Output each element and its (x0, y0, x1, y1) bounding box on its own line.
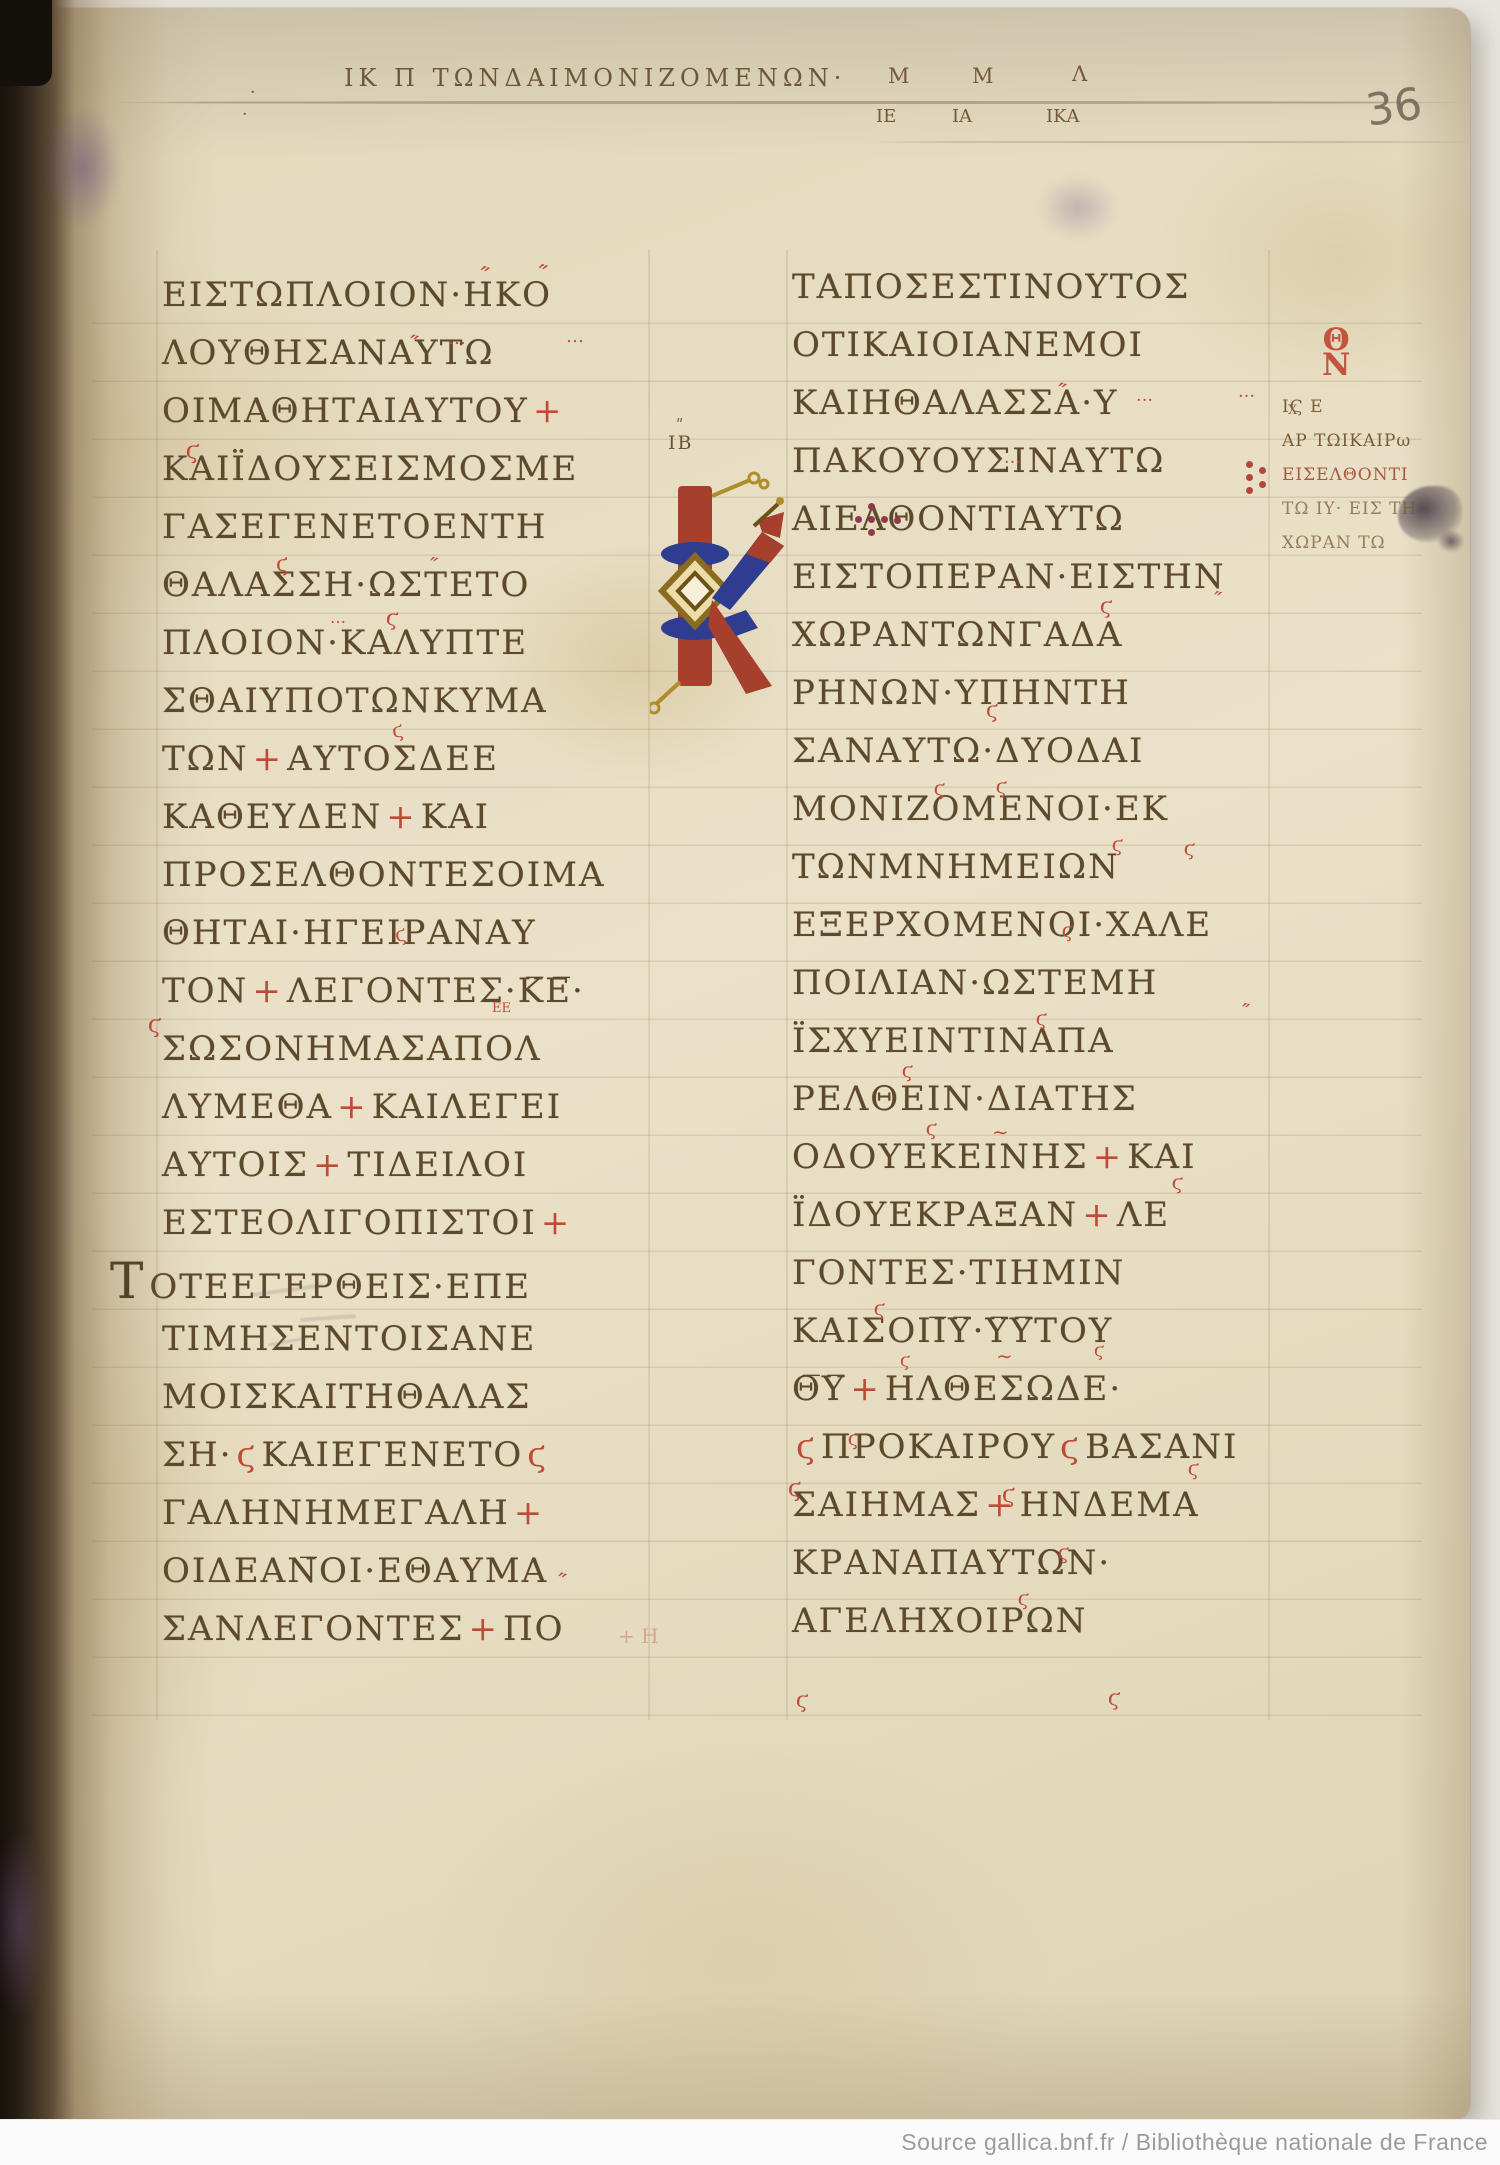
page-top-edge-secondary (866, 141, 1480, 143)
manuscript-line: ΠΛΟΙΟΝ·ΚΑΛΥΠΤΕ (162, 614, 672, 672)
text-segment: ΜΟΝΙΖΟΜΕΝΟΙ·ΕΚ (792, 789, 1169, 829)
rubric-cross: + (510, 1493, 549, 1533)
rubric-cross: ϛ (523, 1435, 552, 1475)
manuscript-line: Θ̅Υ̅+ΗΛΘΕΣΩΔΕ· (792, 1360, 1292, 1418)
margin-monogram: Θ Ν (1322, 328, 1350, 379)
text-segment: ΑΙΕΛΘΟΝΤΙΑΥΤΩ (792, 499, 1125, 539)
text-segment: ΠΟΙΛΙΑΝ·ΩΣΤΕΜΗ (792, 963, 1158, 1003)
manuscript-line: ΠΟΙΛΙΑΝ·ΩΣΤΕΜΗ (792, 954, 1292, 1012)
manuscript-line: ΓΑΛΗΝΗΜΕΓΑΛΗ+ (162, 1484, 672, 1542)
canon-mark: ΙΚΑ (1046, 106, 1080, 127)
manuscript-line: ΡΕΛΘΕΙΝ·ΔΙΑΤΗΣ (792, 1070, 1292, 1128)
text-segment: Τ (110, 1252, 145, 1310)
book-binding (0, 0, 170, 2120)
manuscript-line: ΚΑΙΪΔΟΥΣΕΙΣΜΟΣΜΕ (162, 440, 672, 498)
text-segment: ΤΙΔΕΙΛΟΙ (348, 1145, 529, 1185)
text-segment: ΤΩΝ (162, 739, 249, 779)
manuscript-line: ΣΗ·ϛΚΑΙΕΓΕΝΕΤΟϛ (162, 1426, 672, 1484)
binding-corner (0, 0, 52, 86)
text-segment: ΑΓΕΛΗΧΟΙΡΩΝ (792, 1601, 1088, 1641)
margin-note-line: ΤΩ ΙΥ· ΕΙΣ ΤΗ (1282, 492, 1462, 526)
manuscript-line: ΣΑΝΛΕΓΟΝΤΕΣ+ΠΟ (162, 1600, 672, 1658)
text-segment: ΤΑΠΟΣΕΣΤΙΝΟΥΤΟΣ (792, 267, 1190, 307)
margin-note-line: ΧΩΡΑΝ ΤΩ (1282, 526, 1462, 560)
text-segment: ΚΑΙΛΕΓΕΙ (372, 1087, 563, 1127)
text-segment: ΕΙΣΤΩΠΛΟΙΟΝ·ΗΚΟ (162, 275, 552, 315)
text-segment: ΣΩΣΟΝΗΜΑΣΑΠΟΛ (162, 1029, 542, 1069)
rubric-cross: + (382, 797, 421, 837)
column-left: ΕΙΣΤΩΠΛΟΙΟΝ·ΗΚΟΛΟΥΘΗΣΑΝΑΥΤΩΟΙΜΑΘΗΤΑΙΑΥΤΟ… (162, 266, 672, 1658)
manuscript-line: ΟΤΙΚΑΙΟΙΑΝΕΜΟΙ (792, 316, 1292, 374)
manuscript-line: ΣΘΑΙΥΠΟΤΩΝΚΥΜΑ (162, 672, 672, 730)
text-segment: ΤΙΜΗΣΕΝΤΟΙΣΑΝΕ (162, 1319, 536, 1359)
page-top-edge (102, 101, 1474, 104)
rubric-cross: + (333, 1087, 372, 1127)
text-segment: ΕΣΤΕΟΛΙΓΟΠΙΣΤΟΙ (162, 1203, 537, 1243)
manuscript-line: ΓΑΣΕΓΕΝΕΤΟΕΝΤΗ (162, 498, 672, 556)
manuscript-line: ΚΑΙΣΟΙΙ̅Υ̅·Υ̅Υ̅ΤΟΥ (792, 1302, 1292, 1360)
manuscript-line: ΟΙΔΕΑΝ̅ΟΙ·ΕΘΑΥΜΑ (162, 1542, 672, 1600)
manuscript-line: ΜΟΙΣΚΑΙΤΗΘΑΛΑΣ (162, 1368, 672, 1426)
manuscript-line: ΚΡΑΝΑΠΑΥΤΩΝ· (792, 1534, 1292, 1592)
text-segment: ΚΑΙΪΔΟΥΣΕΙΣΜΟΣΜΕ (162, 449, 578, 489)
column-right: ΤΑΠΟΣΕΣΤΙΝΟΥΤΟΣΟΤΙΚΑΙΟΙΑΝΕΜΟΙΚΑΙΗΘΑΛΑΣΣΑ… (792, 258, 1292, 1650)
manuscript-line: ΓΟΝΤΕΣ·ΤΙΗΜΙΝ (792, 1244, 1292, 1302)
text-segment: ΛΟΥΘΗΣΑΝΑΥΤΩ (162, 333, 495, 373)
rubric-cross: ϛ (1056, 1427, 1085, 1467)
chapter-number-marginal: ΙΒ (668, 432, 693, 454)
manuscript-line: ΕΙΣΤΟΠΕΡΑΝ·ΕΙΣΤΗΝ (792, 548, 1292, 606)
manuscript-line: ΤΙΜΗΣΕΝΤΟΙΣΑΝΕ (162, 1310, 672, 1368)
rubric-cross: + (529, 391, 568, 431)
text-segment: ΟΤΙΚΑΙΟΙΑΝΕΜΟΙ (792, 325, 1144, 365)
text-segment: ΜΟΙΣΚΑΙΤΗΘΑΛΑΣ (162, 1377, 531, 1417)
text-segment: ΣΑΙΗΜΑΣ (792, 1485, 981, 1525)
manuscript-line: ΤΑΠΟΣΕΣΤΙΝΟΥΤΟΣ (792, 258, 1292, 316)
rubric-cross: + (464, 1609, 503, 1649)
ruling-vertical (156, 250, 158, 1720)
canon-mark: ΙΑ (952, 106, 972, 127)
manuscript-line: ΟΙΜΑΘΗΤΑΙΑΥΤΟΥ+ (162, 382, 672, 440)
text-segment: ΣΑΝΑΥΤΩ·ΔΥΟΔΑΙ (792, 731, 1144, 771)
text-segment: Θ̅Υ̅ (792, 1369, 846, 1409)
manuscript-line: ΤΩΝ+ΑΥΤΟΣΔΕΕ (162, 730, 672, 788)
manuscript-line: ΘΑΛΑΣΣΗ·ΩΣΤΕΤΟ (162, 556, 672, 614)
text-segment: ΕΞΕΡΧΟΜΕΝΟΙ·ΧΑΛΕ (792, 905, 1212, 945)
text-segment: ΚΡΑΝΑΠΑΥΤΩΝ· (792, 1543, 1111, 1583)
folio-number: 36 (1363, 78, 1426, 136)
margin-note-line: ΑΡ ΤΩΙΚΑΙΡω (1282, 424, 1462, 458)
manuscript-line: ΕΙΣΤΩΠΛΟΙΟΝ·ΗΚΟ (162, 266, 672, 324)
red-dot-cluster (868, 516, 875, 523)
text-segment: ΚΑΙΗΘΑΛΑΣΣΑ·Υ (792, 383, 1118, 423)
manuscript-line: ΪΔΟΥΕΚΡΑΞΑΝ+ΛΕ (792, 1186, 1292, 1244)
manuscript-line: ΧΩΡΑΝΤΩΝΓΑΔΑ (792, 606, 1292, 664)
text-segment: ΘΑΛΑΣΣΗ·ΩΣΤΕΤΟ (162, 565, 530, 605)
rubric-cross: + (981, 1485, 1020, 1525)
canon-mark: Λ (1072, 62, 1087, 86)
footer-source-text: Source gallica.bnf.fr / Bibliothèque nat… (901, 2129, 1500, 2156)
canon-mark: Μ (888, 64, 910, 88)
text-segment: ΠΡΟΣΕΛΘΟΝΤΕΣΟΙΜΑ (162, 855, 606, 895)
rubric-cross: ϛ (792, 1427, 821, 1467)
footer-bar: Source gallica.bnf.fr / Bibliothèque nat… (0, 2119, 1500, 2165)
rubric-cross: + (846, 1369, 885, 1409)
text-segment: ΣΗ· (162, 1435, 233, 1475)
text-segment: ΣΑΝΛΕΓΟΝΤΕΣ (162, 1609, 464, 1649)
manuscript-line: ΠΡΟΣΕΛΘΟΝΤΕΣΟΙΜΑ (162, 846, 672, 904)
text-segment: ΚΑΙΣΟΙΙ̅Υ̅·Υ̅Υ̅ΤΟΥ (792, 1311, 1113, 1351)
text-segment: ΘΗΤΑΙ·ΗΓΕΙΡΑΝΑΥ (162, 913, 537, 953)
text-segment: ΕΙΣΤΟΠΕΡΑΝ·ΕΙΣΤΗΝ (792, 557, 1226, 597)
manuscript-line: ΕΣΤΕΟΛΙΓΟΠΙΣΤΟΙ+ (162, 1194, 672, 1252)
rubric-cross: + (1078, 1195, 1117, 1235)
text-segment: ΡΗΝΩΝ·ΥΠΗΝΤΗ (792, 673, 1131, 713)
rubric-cross: + (248, 971, 287, 1011)
manuscript-line: ΜΟΝΙΖΟΜΕΝΟΙ·ΕΚ (792, 780, 1292, 838)
text-segment: ΟΔΟΥΕΚΕΙΝΗΣ (792, 1137, 1089, 1177)
manuscript-line: ϛΠΡΟΚΑΙΡΟΥϛΒΑΣΑΝΙ (792, 1418, 1292, 1476)
manuscript-line: ΕΞΕΡΧΟΜΕΝΟΙ·ΧΑΛΕ (792, 896, 1292, 954)
manuscript-line: ΤΩΝΜΝΗΜΕΙΩΝ (792, 838, 1292, 896)
rubric-cross: + (1089, 1137, 1128, 1177)
rubric-cross: + (249, 739, 288, 779)
text-segment: ΛΥΜΕΘΑ (162, 1087, 333, 1127)
text-segment: ΗΝΔΕΜΑ (1020, 1485, 1200, 1525)
manuscript-line: ΤΟΤΕΕΓΕΡΘΕΙΣ·ΕΠΕ (162, 1252, 672, 1310)
manuscript-line: ΚΑΙΗΘΑΛΑΣΣΑ·Υ (792, 374, 1292, 432)
text-segment: ΟΤΕΕΓΕΡΘΕΙΣ·ΕΠΕ (149, 1267, 531, 1307)
text-segment: ΠΛΟΙΟΝ·ΚΑΛΥΠΤΕ (162, 623, 528, 663)
text-segment: ΡΕΛΘΕΙΝ·ΔΙΑΤΗΣ (792, 1079, 1138, 1119)
text-segment: ΧΩΡΑΝΤΩΝΓΑΔΑ (792, 615, 1123, 655)
manuscript-line: ΠΑΚΟΥΟΥΣΙΝΑΥΤΩ (792, 432, 1292, 490)
text-segment: ΛΕΓΟΝΤΕΣ·Κ̅Ε̅· (287, 971, 585, 1011)
manuscript-line: ΤΟΝ+ΛΕΓΟΝΤΕΣ·Κ̅Ε̅· (162, 962, 672, 1020)
text-segment: ΚΑΘΕΥΔΕΝ (162, 797, 382, 837)
text-segment: ΠΑΚΟΥΟΥΣΙΝΑΥΤΩ (792, 441, 1165, 481)
manuscript-line: ΣΑΝΑΥΤΩ·ΔΥΟΔΑΙ (792, 722, 1292, 780)
text-segment: ΚΑΙ (421, 797, 490, 837)
manuscript-line: ΚΑΘΕΥΔΕΝ+ΚΑΙ (162, 788, 672, 846)
running-title: ΙΚ Π ΤΩΝΔΑΙΜΟΝΙΖΟΜΕΝΩΝ· (344, 64, 846, 92)
manuscript-line: ΑΙΕΛΘΟΝΤΙΑΥΤΩ (792, 490, 1292, 548)
text-segment: ΠΟ (503, 1609, 565, 1649)
text-segment: ΓΟΝΤΕΣ·ΤΙΗΜΙΝ (792, 1253, 1125, 1293)
text-segment: ΚΑΙΕΓΕΝΕΤΟ (262, 1435, 524, 1475)
manuscript-line: ΣΑΙΗΜΑΣ+ΗΝΔΕΜΑ (792, 1476, 1292, 1534)
margin-lection-note: ΙϚ Ε ΑΡ ΤΩΙΚΑΙΡω ΕΙΣΕΛΘΟΝΤΙ ΤΩ ΙΥ· ΕΙΣ Τ… (1282, 390, 1462, 560)
manuscript-line: ΟΔΟΥΕΚΕΙΝΗΣ+ΚΑΙ (792, 1128, 1292, 1186)
text-segment: ΒΑΣΑΝΙ (1085, 1427, 1238, 1467)
manuscript-line: ΡΗΝΩΝ·ΥΠΗΝΤΗ (792, 664, 1292, 722)
red-dot-cluster (1246, 474, 1253, 481)
text-segment: ΑΥΤΟΙΣ (162, 1145, 309, 1185)
text-segment: ΟΙΔΕΑΝ̅ΟΙ·ΕΘΑΥΜΑ (162, 1551, 548, 1591)
canon-mark: ΙΕ (876, 106, 896, 127)
manuscript-line: ΛΟΥΘΗΣΑΝΑΥΤΩ (162, 324, 672, 382)
illuminated-initial-k (650, 468, 800, 718)
manuscript-line: ΑΓΕΛΗΧΟΙΡΩΝ (792, 1592, 1292, 1650)
margin-note-line: ΙϚ Ε (1282, 390, 1462, 424)
text-segment: ΚΑΙ (1127, 1137, 1196, 1177)
text-segment: ΤΩΝΜΝΗΜΕΙΩΝ (792, 847, 1120, 887)
manuscript-line: ΘΗΤΑΙ·ΗΓΕΙΡΑΝΑΥ (162, 904, 672, 962)
text-segment: ΟΙΜΑΘΗΤΑΙΑΥΤΟΥ (162, 391, 529, 431)
manuscript-line: ΣΩΣΟΝΗΜΑΣΑΠΟΛ (162, 1020, 672, 1078)
monogram-bottom: Ν (1322, 353, 1350, 378)
manuscript-line: ΪΣΧΥΕΙΝΤΙΝΑΠΑ (792, 1012, 1292, 1070)
text-segment: ΗΛΘΕΣΩΔΕ· (885, 1369, 1122, 1409)
text-segment: ΪΔΟΥΕΚΡΑΞΑΝ (792, 1195, 1078, 1235)
manuscript-line: ΛΥΜΕΘΑ+ΚΑΙΛΕΓΕΙ (162, 1078, 672, 1136)
text-segment: ΠΡΟΚΑΙΡΟΥ (821, 1427, 1056, 1467)
text-segment: ΑΥΤΟΣΔΕΕ (287, 739, 499, 779)
manuscript-line: ΑΥΤΟΙΣ+ΤΙΔΕΙΛΟΙ (162, 1136, 672, 1194)
canon-mark: Μ (972, 64, 994, 88)
text-segment: ΣΘΑΙΥΠΟΤΩΝΚΥΜΑ (162, 681, 548, 721)
text-segment: ΓΑΛΗΝΗΜΕΓΑΛΗ (162, 1493, 510, 1533)
text-segment: ΤΟΝ (162, 971, 248, 1011)
text-segment: ΪΣΧΥΕΙΝΤΙΝΑΠΑ (792, 1021, 1115, 1061)
text-segment: ΛΕ (1117, 1195, 1170, 1235)
text-segment: ΓΑΣΕΓΕΝΕΤΟΕΝΤΗ (162, 507, 547, 547)
rubric-cross: + (309, 1145, 348, 1185)
margin-note-line: ΕΙΣΕΛΘΟΝΤΙ (1282, 458, 1462, 492)
rubric-cross: + (537, 1203, 576, 1243)
rubric-cross: ϛ (233, 1435, 262, 1475)
